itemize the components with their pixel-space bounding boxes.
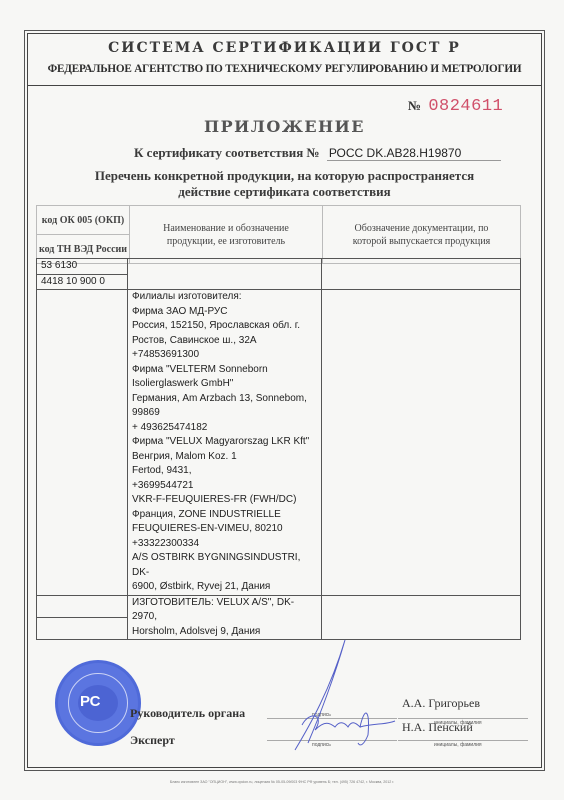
- rst-emblem-icon: РС: [80, 693, 100, 710]
- header-separator: [27, 85, 542, 86]
- code-cell: [37, 290, 128, 596]
- certificate-reference: К сертификату соответствия № РОСС DK.AB2…: [134, 145, 501, 161]
- product-table: 53 6130 4418 10 900 0 Филиалы изготовите…: [36, 258, 521, 640]
- list-title-line1: Перечень конкретной продукции, на котору…: [27, 168, 542, 184]
- product-cell: Филиалы изготовителя: Фирма ЗАО МД-РУС Р…: [128, 290, 322, 596]
- certificate-reference-value: РОСС DK.AB28.H19870: [327, 146, 501, 161]
- head-of-body-label: Руководитель органа: [130, 706, 245, 721]
- table-row: ИЗГОТОВИТЕЛЬ: VELUX A/S", DK-2970, Horsh…: [37, 595, 521, 617]
- handwritten-signature-icon: [290, 635, 400, 755]
- head-name-line: [398, 718, 528, 719]
- code-cell: 4418 10 900 0: [37, 274, 128, 290]
- list-title: Перечень конкретной продукции, на котору…: [27, 168, 542, 200]
- expert-name-caption: инициалы, фамилия: [434, 742, 482, 748]
- product-cell: [128, 259, 322, 290]
- header-code-okp: код ОК 005 (ОКП): [37, 206, 130, 235]
- expert-name: Н.А. Пенский: [402, 720, 473, 735]
- header-documentation: Обозначение документации, по которой вып…: [323, 206, 521, 264]
- code-cell: [37, 617, 128, 639]
- code-cell: [37, 595, 128, 617]
- certification-stamp: РС: [55, 660, 141, 746]
- list-title-line2: действие сертификата соответствия: [27, 184, 542, 200]
- doc-cell: [322, 290, 521, 596]
- certificate-reference-label: К сертификату соответствия №: [134, 145, 320, 160]
- expert-label: Эксперт: [130, 733, 175, 748]
- system-title: СИСТЕМА СЕРТИФИКАЦИИ ГОСТ Р: [27, 40, 542, 56]
- number-sign: №: [408, 98, 421, 113]
- table-row: 53 6130: [37, 259, 521, 275]
- doc-cell: [322, 595, 521, 640]
- manufacturer-line1: ИЗГОТОВИТЕЛЬ: VELUX A/S", DK-2970,: [132, 596, 317, 625]
- header-product: Наименование и обозначение продукции, ее…: [130, 206, 323, 264]
- annex-title: ПРИЛОЖЕНИЕ: [27, 117, 542, 136]
- manufacturer-cell: ИЗГОТОВИТЕЛЬ: VELUX A/S", DK-2970, Horsh…: [128, 595, 322, 640]
- form-number: № 0824611: [408, 97, 503, 116]
- table-header: код ОК 005 (ОКП) Наименование и обозначе…: [36, 205, 521, 264]
- number-value: 0824611: [428, 97, 503, 116]
- footer-note: Бланк изготовлен ЗАО "ОПЦИОН", www.opcio…: [0, 780, 564, 784]
- agency-title: ФЕДЕРАЛЬНОЕ АГЕНТСТВО ПО ТЕХНИЧЕСКОМУ РЕ…: [27, 63, 542, 75]
- doc-cell: [322, 259, 521, 290]
- table-row: Филиалы изготовителя: Фирма ЗАО МД-РУС Р…: [37, 290, 521, 596]
- code-cell: 53 6130: [37, 259, 128, 275]
- head-name: А.А. Григорьев: [402, 696, 480, 711]
- expert-name-line: [398, 740, 528, 741]
